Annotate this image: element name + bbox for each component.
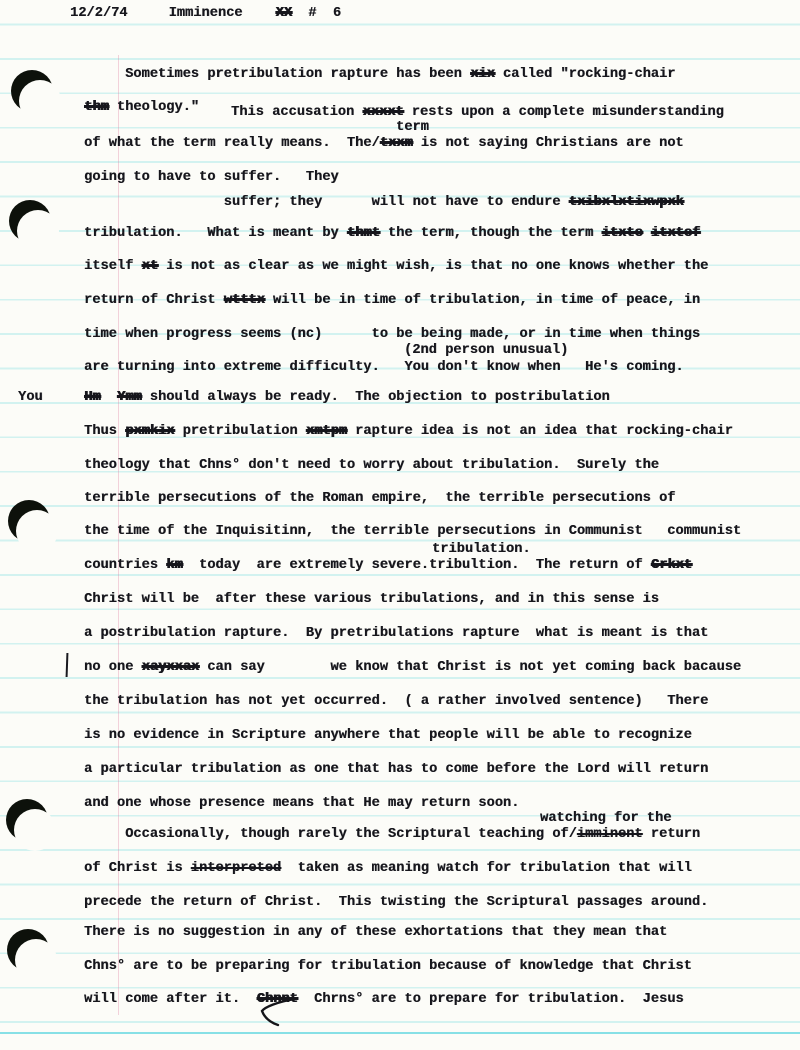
interline-insertion-watching: watching for the	[540, 810, 671, 827]
typed-line: suffer; they will not have to endure txi…	[84, 194, 684, 211]
typed-line: is no evidence in Scripture anywhere tha…	[84, 727, 692, 744]
typed-line: Thus pxmkix pretribulation xmtpm rapture…	[84, 423, 733, 440]
struck-word: imminent	[577, 827, 643, 842]
typed-over-deletion: Crkxt	[651, 558, 692, 573]
typed-line: the tribulation has not yet occurred. ( …	[84, 693, 708, 710]
typed-over-deletion: km	[166, 558, 182, 573]
margin-tick-mark	[66, 653, 69, 677]
typescript-page: 12/2/74 Imminence XX # 6 Sometimes pretr…	[0, 0, 800, 1050]
interline-insertion-2nd-person: (2nd person unusual)	[404, 342, 568, 359]
typed-over-deletion: Ymm	[117, 390, 142, 405]
typed-line: Occasionally, though rarely the Scriptur…	[84, 826, 700, 843]
typed-line: return of Christ wtttx will be in time o…	[84, 292, 700, 309]
typed-line: itself xt is not as clear as we might wi…	[84, 258, 708, 275]
typed-line: terrible persecutions of the Roman empir…	[84, 490, 675, 507]
typed-line: are turning into extreme difficulty. You…	[84, 359, 684, 376]
typed-over-deletion: xayxxax	[142, 660, 200, 675]
typed-line: Chns° are to be preparing for tribulatio…	[84, 958, 692, 975]
typed-line: precede the return of Christ. This twist…	[84, 894, 708, 911]
typed-line: Sometimes pretribulation rapture has bee…	[84, 66, 675, 83]
typed-over-deletion: xmtpm	[306, 424, 347, 439]
typed-over-deletion: xix	[470, 67, 495, 82]
typed-line: Christ will be after these various tribu…	[84, 591, 659, 608]
typed-line: Hm Ymm should always be ready. The objec…	[84, 389, 610, 406]
typed-over-deletion: itxtef	[651, 226, 700, 241]
typed-line: There is no suggestion in any of these e…	[84, 924, 667, 941]
typed-line: the time of the Inquisitinn, the terribl…	[84, 523, 741, 540]
typed-over-deletion: wtttx	[224, 293, 265, 308]
typed-line: and one whose presence means that He may…	[84, 795, 519, 812]
typed-over-deletion: xxxxt	[362, 105, 403, 120]
typed-over-deletion: pxmkix	[125, 424, 174, 439]
typed-over-deletion: txxm	[380, 136, 413, 151]
bottom-edge-line	[0, 1032, 800, 1034]
header-line: 12/2/74 Imminence XX # 6	[70, 5, 341, 22]
punch-hole-crescent	[6, 799, 48, 841]
interline-insertion-tribulation: tribulation.	[432, 541, 531, 558]
typed-over-deletion: itxte	[601, 226, 642, 241]
typed-line: thm theology."	[84, 99, 199, 116]
typed-over-deletion: Hm	[84, 390, 100, 405]
handwritten-caret-mark	[255, 996, 301, 1028]
typed-line: theology that Chns° don't need to worry …	[84, 457, 659, 474]
typed-over-deletion: XX	[275, 6, 291, 21]
typed-over-deletion: thmt	[347, 226, 380, 241]
typed-line: of what the term really means. The/txxm …	[84, 135, 684, 152]
typed-line: going to have to suffer. They	[84, 169, 339, 186]
typed-over-deletion: thm	[84, 100, 109, 115]
typed-line: of Christ is interpreted taken as meanin…	[84, 860, 692, 877]
typed-line: This accusation xxxxt rests upon a compl…	[231, 104, 724, 121]
punch-hole-crescent	[11, 70, 53, 112]
typed-over-deletion: txibxlxtixwpxk	[569, 195, 684, 210]
punch-hole-crescent	[7, 929, 49, 971]
struck-word: interpreted	[191, 861, 281, 876]
typed-over-deletion: xt	[142, 259, 158, 274]
typed-line: a postribulation rapture. By pretribulat…	[84, 625, 708, 642]
typed-line: a particular tribulation as one that has…	[84, 761, 708, 778]
punch-hole-crescent	[8, 500, 50, 542]
typed-line: will come after it. Chnnt Chrns° are to …	[84, 991, 684, 1008]
typed-line: tribulation. What is meant by thmt the t…	[84, 225, 700, 242]
typed-line: no one xayxxax can say we know that Chri…	[84, 659, 741, 676]
typed-line: time when progress seems (nc) to be bein…	[84, 326, 700, 343]
punch-hole-crescent	[9, 200, 51, 242]
margin-note-you: You	[18, 389, 43, 406]
typed-line: countries km today are extremely severe.…	[84, 557, 692, 574]
interline-insertion-term: term	[396, 119, 429, 136]
